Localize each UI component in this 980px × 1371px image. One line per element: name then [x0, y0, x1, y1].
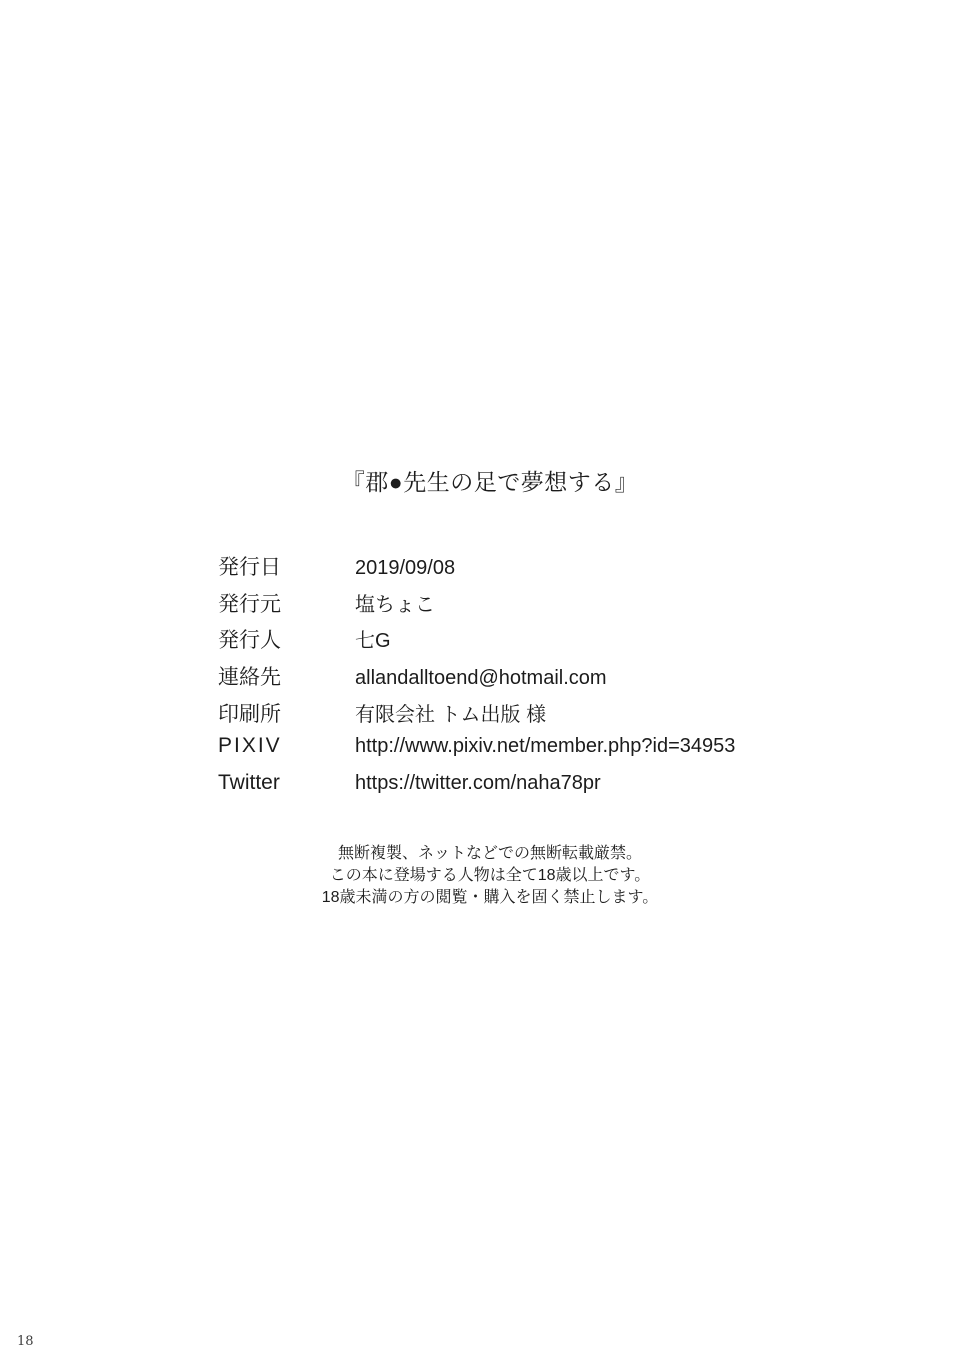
twitter-label: Twitter [218, 771, 355, 795]
publish-date-label: 発行日 [218, 551, 355, 581]
printer-label: 印刷所 [218, 698, 355, 728]
list-item: Twitter https://twitter.com/naha78pr [218, 771, 735, 808]
colophon-page: 『郡●先生の足で夢想する』 発行日 2019/09/08 発行元 塩ちょこ 発行… [0, 0, 980, 1371]
disclaimer-line-2: この本に登場する人物は全て18歳以上です。 [0, 865, 980, 887]
list-item: 発行人 七G [218, 624, 735, 661]
disclaimer-text: 無断複製、ネットなどでの無断転載厳禁。 この本に登場する人物は全て18歳以上です… [0, 843, 980, 909]
contact-email-value: allandalltoend@hotmail.com [355, 667, 607, 690]
twitter-url-value: https://twitter.com/naha78pr [355, 772, 601, 795]
disclaimer-line-3: 18歳未満の方の閲覧・購入を固く禁止します。 [0, 887, 980, 909]
publisher-circle-label: 発行元 [218, 588, 355, 618]
pixiv-url-value: http://www.pixiv.net/member.php?id=34953 [355, 735, 735, 758]
disclaimer-line-1: 無断複製、ネットなどでの無断転載厳禁。 [0, 843, 980, 865]
list-item: 発行日 2019/09/08 [218, 551, 735, 588]
publisher-circle-value: 塩ちょこ [355, 588, 435, 617]
contact-label: 連絡先 [218, 661, 355, 691]
publication-info-list: 発行日 2019/09/08 発行元 塩ちょこ 発行人 七G 連絡先 allan… [218, 551, 735, 808]
author-label: 発行人 [218, 624, 355, 654]
list-item: 発行元 塩ちょこ [218, 588, 735, 625]
page-title: 『郡●先生の足で夢想する』 [0, 464, 980, 497]
pixiv-label: PIXIV [218, 734, 355, 758]
publish-date-value: 2019/09/08 [355, 557, 455, 580]
list-item: PIXIV http://www.pixiv.net/member.php?id… [218, 734, 735, 771]
printer-value: 有限会社 トム出版 様 [355, 698, 546, 727]
list-item: 印刷所 有限会社 トム出版 様 [218, 698, 735, 735]
author-value: 七G [355, 624, 391, 653]
page-number: 18 [17, 1334, 34, 1349]
list-item: 連絡先 allandalltoend@hotmail.com [218, 661, 735, 698]
